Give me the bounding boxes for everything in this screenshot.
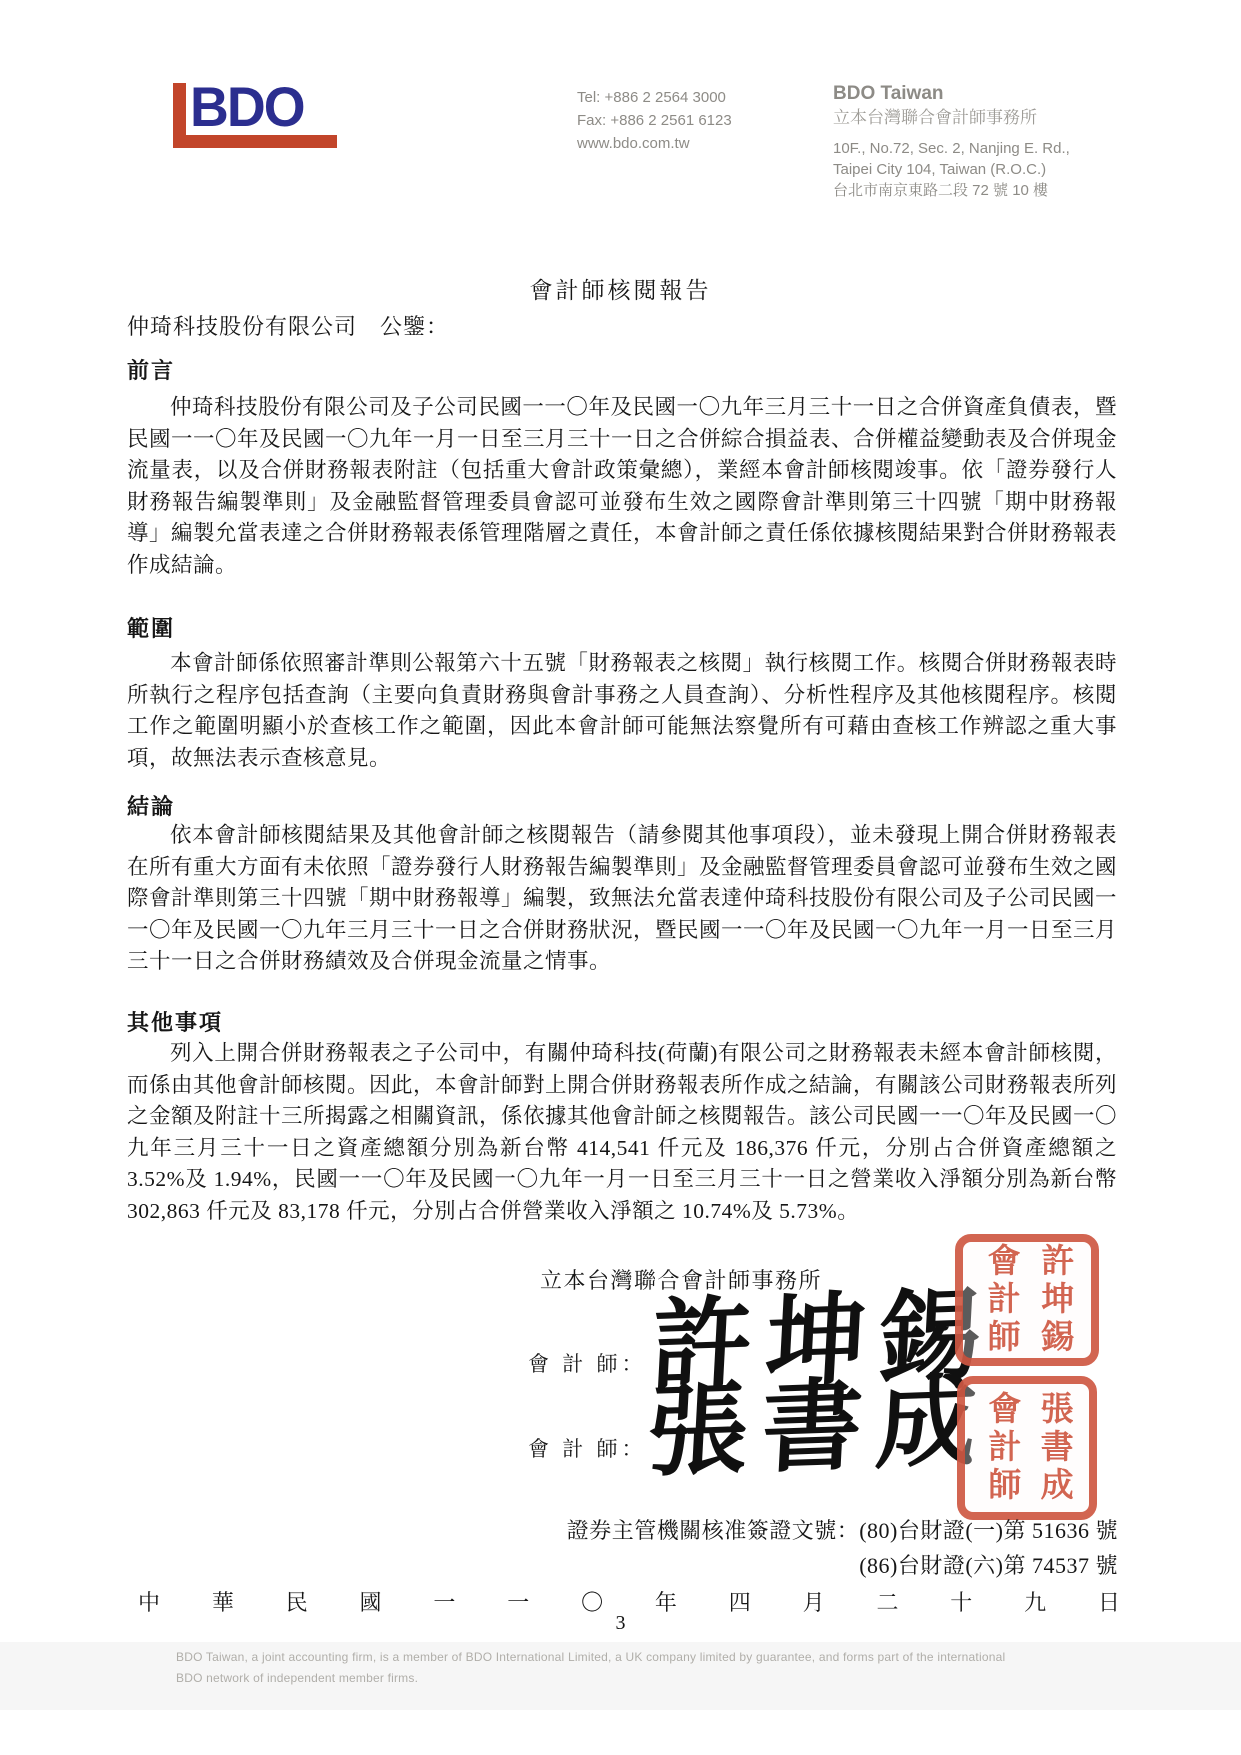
office-name-zh: 立本台灣聯合會計師事務所: [833, 108, 1070, 127]
section-heading-foreword: 前言: [127, 354, 175, 385]
approval-number-line-1: 證券主管機關核准簽證文號：(80)台財證(一)第 51636 號: [500, 1514, 1118, 1545]
seal-1-title: 會計師: [984, 1243, 1017, 1357]
fax-line: Fax: +886 2 2561 6123: [577, 109, 732, 132]
accountant-signature-2: 張書成: [645, 1372, 993, 1484]
footer-disclaimer-line-2: BDO network of independent member firms.: [176, 1671, 418, 1685]
contact-block: Tel: +886 2 2564 3000 Fax: +886 2 2561 6…: [577, 86, 732, 155]
office-block: BDO Taiwan 立本台灣聯合會計師事務所 10F., No.72, Sec…: [833, 84, 1070, 202]
section-heading-other-matters: 其他事項: [127, 1006, 223, 1037]
section-heading-scope: 範圍: [127, 612, 175, 643]
page-number: 3: [0, 1612, 1241, 1635]
office-address-line-1: 10F., No.72, Sec. 2, Nanjing E. Rd.,: [833, 139, 1070, 158]
seal-1-name: 許坤錫: [1037, 1243, 1070, 1357]
office-address-line-2: Taipei City 104, Taiwan (R.O.C.): [833, 160, 1070, 179]
approval-number-line-2: (86)台財證(六)第 74537 號: [500, 1549, 1118, 1580]
tel-line: Tel: +886 2 2564 3000: [577, 86, 732, 109]
section-body-other-matters: 列入上開合併財務報表之子公司中，有關仲琦科技(荷蘭)有限公司之財務報表未經本會計…: [127, 1038, 1117, 1227]
accountant-label-2: 會 計 師：: [528, 1433, 647, 1463]
footer-disclaimer-line-1: BDO Taiwan, a joint accounting firm, is …: [176, 1650, 1005, 1664]
section-body-conclusion: 依本會計師核閱結果及其他會計師之核閱報告（請參閱其他事項段），並未發現上開合併財…: [127, 820, 1117, 978]
section-body-scope: 本會計師係依照審計準則公報第六十五號「財務報表之核閱」執行核閱工作。核閱合併財務…: [127, 648, 1117, 774]
accountant-label-1: 會 計 師：: [528, 1348, 647, 1378]
seal-2-name: 張書成: [1037, 1391, 1070, 1505]
cpa-seal-2: 張書成 會計師: [957, 1376, 1097, 1520]
website-line: www.bdo.com.tw: [577, 132, 732, 155]
audit-report-page: BDO Tel: +886 2 2564 3000 Fax: +886 2 25…: [0, 0, 1241, 1755]
office-name-en: BDO Taiwan: [833, 84, 1070, 103]
section-heading-conclusion: 結論: [127, 790, 175, 821]
seal-2-title: 會計師: [984, 1391, 1017, 1505]
office-address-line-3: 台北市南京東路二段 72 號 10 樓: [833, 181, 1070, 200]
report-title: 會計師核閱報告: [0, 272, 1241, 305]
section-body-foreword: 仲琦科技股份有限公司及子公司民國一一〇年及民國一〇九年三月三十一日之合併資產負債…: [127, 392, 1117, 581]
cpa-seal-1: 許坤錫 會計師: [955, 1234, 1099, 1366]
addressee-line: 仲琦科技股份有限公司 公鑒：: [127, 310, 449, 341]
bdo-logo: BDO: [190, 79, 304, 135]
